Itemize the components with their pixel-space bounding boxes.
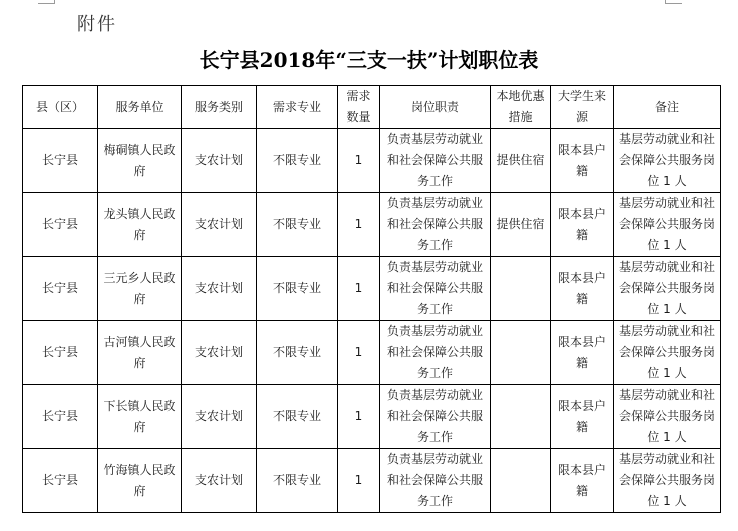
cell-student-source-text: 限本县户籍 <box>554 396 610 438</box>
cell-student-source: 限本县户籍 <box>551 321 614 385</box>
header-category: 服务类别 <box>182 86 257 129</box>
header-local-benefits: 本地优惠措施 <box>491 86 551 129</box>
cell-unit: 下长镇人民政府 <box>98 385 182 449</box>
cell-student-source: 限本县户籍 <box>551 129 614 193</box>
cell-duties-text: 负责基层劳动就业和社会保障公共服务工作 <box>383 321 487 384</box>
cell-major: 不限专业 <box>257 385 338 449</box>
cell-duties: 负责基层劳动就业和社会保障公共服务工作 <box>380 449 491 513</box>
cell-unit: 三元乡人民政府 <box>98 257 182 321</box>
cell-quantity: 1 <box>338 449 380 513</box>
cell-duties: 负责基层劳动就业和社会保障公共服务工作 <box>380 129 491 193</box>
cell-duties: 负责基层劳动就业和社会保障公共服务工作 <box>380 193 491 257</box>
cell-major: 不限专业 <box>257 129 338 193</box>
cell-unit: 龙头镇人民政府 <box>98 193 182 257</box>
cell-remarks: 基层劳动就业和社会保障公共服务岗位 1 人 <box>614 257 721 321</box>
cell-local-benefits-text: 提供住宿 <box>494 214 547 235</box>
cell-unit-text: 下长镇人民政府 <box>101 396 178 438</box>
cell-duties-text: 负责基层劳动就业和社会保障公共服务工作 <box>383 449 487 512</box>
cell-major: 不限专业 <box>257 193 338 257</box>
cell-local-benefits: 提供住宿 <box>491 129 551 193</box>
cell-county: 长宁县 <box>23 129 98 193</box>
table-row: 长宁县 竹海镇人民政府 支农计划 不限专业 1 负责基层劳动就业和社会保障公共服… <box>23 449 721 513</box>
header-quantity: 需求数量 <box>338 86 380 129</box>
cell-local-benefits <box>491 321 551 385</box>
cell-quantity: 1 <box>338 321 380 385</box>
cell-quantity: 1 <box>338 257 380 321</box>
cell-remarks: 基层劳动就业和社会保障公共服务岗位 1 人 <box>614 449 721 513</box>
cell-local-benefits <box>491 449 551 513</box>
cell-student-source-text: 限本县户籍 <box>554 460 610 502</box>
cell-quantity: 1 <box>338 193 380 257</box>
cell-remarks: 基层劳动就业和社会保障公共服务岗位 1 人 <box>614 129 721 193</box>
cell-student-source: 限本县户籍 <box>551 449 614 513</box>
cell-quantity: 1 <box>338 129 380 193</box>
cell-duties: 负责基层劳动就业和社会保障公共服务工作 <box>380 321 491 385</box>
cell-unit-text: 三元乡人民政府 <box>101 268 178 310</box>
cell-county: 长宁县 <box>23 321 98 385</box>
cell-major: 不限专业 <box>257 321 338 385</box>
cell-remarks-text: 基层劳动就业和社会保障公共服务岗位 1 人 <box>617 257 717 320</box>
attachment-label: 附件 <box>77 10 117 36</box>
cell-remarks: 基层劳动就业和社会保障公共服务岗位 1 人 <box>614 385 721 449</box>
cell-unit-text: 龙头镇人民政府 <box>101 204 178 246</box>
cell-student-source-text: 限本县户籍 <box>554 332 610 374</box>
cell-unit-text: 梅硐镇人民政府 <box>101 140 178 182</box>
header-label: 大学生来源 <box>554 86 610 128</box>
cell-duties-text: 负责基层劳动就业和社会保障公共服务工作 <box>383 385 487 448</box>
cell-unit-text: 竹海镇人民政府 <box>101 460 178 502</box>
cell-local-benefits: 提供住宿 <box>491 193 551 257</box>
header-label: 服务类别 <box>185 97 253 118</box>
cell-remarks-text: 基层劳动就业和社会保障公共服务岗位 1 人 <box>617 449 717 512</box>
cell-category: 支农计划 <box>182 321 257 385</box>
cell-student-source-text: 限本县户籍 <box>554 268 610 310</box>
cell-major: 不限专业 <box>257 449 338 513</box>
table-row: 长宁县 古河镇人民政府 支农计划 不限专业 1 负责基层劳动就业和社会保障公共服… <box>23 321 721 385</box>
cell-duties: 负责基层劳动就业和社会保障公共服务工作 <box>380 385 491 449</box>
cell-unit: 竹海镇人民政府 <box>98 449 182 513</box>
cell-unit: 梅硐镇人民政府 <box>98 129 182 193</box>
cell-unit-text: 古河镇人民政府 <box>101 332 178 374</box>
cell-category: 支农计划 <box>182 449 257 513</box>
cell-local-benefits <box>491 257 551 321</box>
cell-student-source-text: 限本县户籍 <box>554 204 610 246</box>
table-row: 长宁县 三元乡人民政府 支农计划 不限专业 1 负责基层劳动就业和社会保障公共服… <box>23 257 721 321</box>
cell-remarks-text: 基层劳动就业和社会保障公共服务岗位 1 人 <box>617 321 717 384</box>
table-header-row: 县（区） 服务单位 服务类别 需求专业 需求数量 岗位职责 本地优惠措施 大学生… <box>23 86 721 129</box>
header-label: 需求数量 <box>341 86 376 128</box>
cell-category: 支农计划 <box>182 193 257 257</box>
header-label: 县（区） <box>26 97 94 118</box>
cell-unit: 古河镇人民政府 <box>98 321 182 385</box>
cell-county: 长宁县 <box>23 193 98 257</box>
cell-duties-text: 负责基层劳动就业和社会保障公共服务工作 <box>383 193 487 256</box>
cell-duties-text: 负责基层劳动就业和社会保障公共服务工作 <box>383 129 487 192</box>
cell-student-source: 限本县户籍 <box>551 385 614 449</box>
header-student-source: 大学生来源 <box>551 86 614 129</box>
header-unit: 服务单位 <box>98 86 182 129</box>
page-corner-mark-left <box>38 0 55 4</box>
header-label: 岗位职责 <box>383 97 487 118</box>
cell-remarks: 基层劳动就业和社会保障公共服务岗位 1 人 <box>614 321 721 385</box>
cell-student-source: 限本县户籍 <box>551 257 614 321</box>
cell-quantity: 1 <box>338 385 380 449</box>
cell-category: 支农计划 <box>182 129 257 193</box>
cell-category: 支农计划 <box>182 385 257 449</box>
table-row: 长宁县 梅硐镇人民政府 支农计划 不限专业 1 负责基层劳动就业和社会保障公共服… <box>23 129 721 193</box>
cell-category: 支农计划 <box>182 257 257 321</box>
document-title: 长宁县2018年“三支一扶”计划职位表 <box>0 44 738 73</box>
cell-remarks-text: 基层劳动就业和社会保障公共服务岗位 1 人 <box>617 385 717 448</box>
header-label: 服务单位 <box>101 97 178 118</box>
header-label: 备注 <box>617 97 717 118</box>
cell-county: 长宁县 <box>23 385 98 449</box>
cell-remarks: 基层劳动就业和社会保障公共服务岗位 1 人 <box>614 193 721 257</box>
page-corner-mark-right <box>665 0 682 4</box>
header-remarks: 备注 <box>614 86 721 129</box>
cell-student-source: 限本县户籍 <box>551 193 614 257</box>
positions-table: 县（区） 服务单位 服务类别 需求专业 需求数量 岗位职责 本地优惠措施 大学生… <box>22 85 721 513</box>
cell-remarks-text: 基层劳动就业和社会保障公共服务岗位 1 人 <box>617 129 717 192</box>
header-label: 本地优惠措施 <box>494 86 547 128</box>
cell-major: 不限专业 <box>257 257 338 321</box>
cell-county: 长宁县 <box>23 257 98 321</box>
cell-student-source-text: 限本县户籍 <box>554 140 610 182</box>
table-row: 长宁县 龙头镇人民政府 支农计划 不限专业 1 负责基层劳动就业和社会保障公共服… <box>23 193 721 257</box>
header-duties: 岗位职责 <box>380 86 491 129</box>
header-major: 需求专业 <box>257 86 338 129</box>
table-row: 长宁县 下长镇人民政府 支农计划 不限专业 1 负责基层劳动就业和社会保障公共服… <box>23 385 721 449</box>
cell-duties: 负责基层劳动就业和社会保障公共服务工作 <box>380 257 491 321</box>
header-label: 需求专业 <box>260 97 334 118</box>
header-county: 县（区） <box>23 86 98 129</box>
cell-duties-text: 负责基层劳动就业和社会保障公共服务工作 <box>383 257 487 320</box>
cell-local-benefits <box>491 385 551 449</box>
cell-remarks-text: 基层劳动就业和社会保障公共服务岗位 1 人 <box>617 193 717 256</box>
cell-county: 长宁县 <box>23 449 98 513</box>
cell-local-benefits-text: 提供住宿 <box>494 150 547 171</box>
